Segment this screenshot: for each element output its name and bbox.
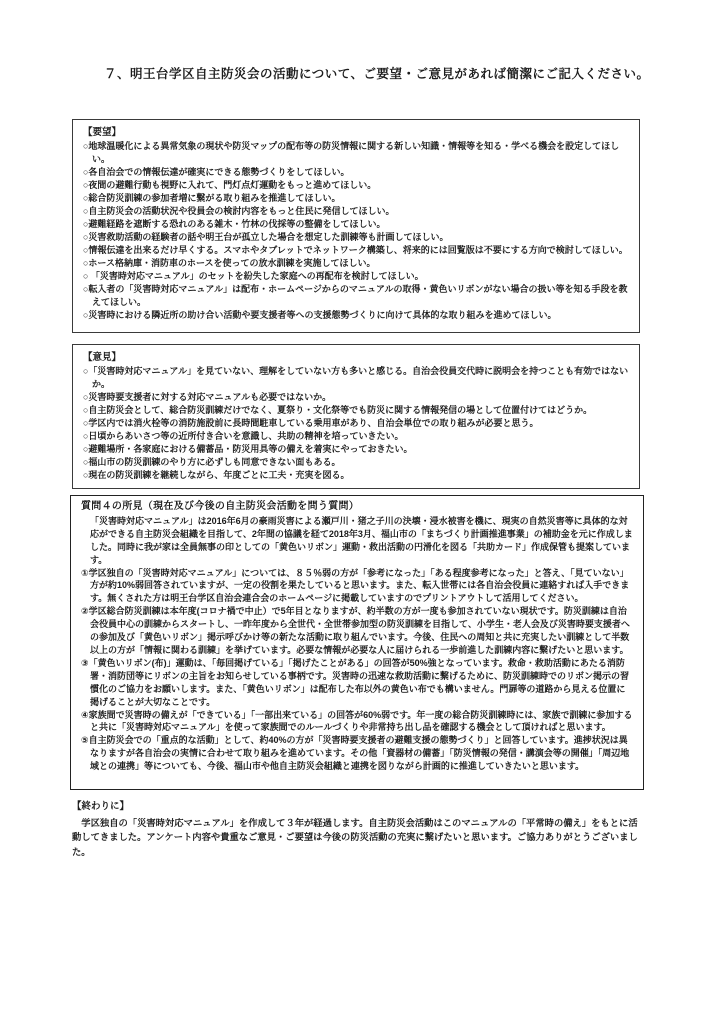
- request-item: ○夜間の避難行動も視野に入れて、門灯点灯運動をもっと進めてほしい。: [83, 179, 629, 192]
- findings-heading: 質問４の所見（現在及び今後の自主防災会活動を問う質問）: [81, 501, 633, 514]
- finding-item: ①学区独自の「災害時対応マニュアル」については、８５％弱の方が「参考になった」「…: [81, 567, 633, 606]
- request-item: ○災害時における隣近所の助け合い活動や要支援者等への支援態勢づくりに向けて具体的…: [83, 309, 629, 322]
- closing-heading: 【終わりに】: [72, 800, 644, 815]
- findings-box: 質問４の所見（現在及び今後の自主防災会活動を問う質問） 「災害時対応マニュアル」…: [70, 495, 644, 790]
- requests-box: 【要望】 ○地球温暖化による異常気象の現状や防災マップの配布等の防災情報に関する…: [72, 119, 640, 333]
- closing-body: 学区独自の「災害時対応マニュアル」を作成して３年が経過します。自主防災会活動はこ…: [72, 816, 644, 860]
- opinion-item: ○避難場所・各家庭における備蓄品・防災用具等の備えを着実にやっておきたい。: [83, 443, 629, 456]
- request-item: ○自主防災会の活動状況や役員会の検討内容をもっと住民に発信してほしい。: [83, 205, 629, 218]
- finding-item: ③「黄色いリボン(布)」運動は、「毎回掲げている」「掲げたことがある」の回答が5…: [81, 657, 633, 709]
- findings-intro: 「災害時対応マニュアル」は2016年6月の豪雨災害による瀬戸川・猪之子川の決壊・…: [90, 515, 633, 567]
- request-item: ○転入者の「災害時対応マニュアル」は配布・ホームページからのマニュアルの取得・黄…: [83, 283, 629, 309]
- request-item: ○災害救助活動の経験者の話や明王台が孤立した場合を想定した訓練等も計画してほしい…: [83, 231, 629, 244]
- request-item: ○ 「災害時対応マニュアル」のセットを紛失した家庭への再配布を検討してほしい。: [83, 270, 629, 283]
- request-item: ○地球温暖化による異常気象の現状や防災マップの配布等の防災情報に関する新しい知識…: [83, 140, 629, 166]
- opinion-item: ○福山市の防災訓練のやり方に必ずしも同意できない面もある。: [83, 456, 629, 469]
- opinion-item: ○災害時要支援者に対する対応マニュアルも必要ではないか。: [83, 391, 629, 404]
- opinions-box: 【意見】 ○「災害時対応マニュアル」を見ていない、理解をしていない方も多いと感じ…: [72, 344, 640, 489]
- request-item: ○各自治会での情報伝達が確実にできる態勢づくりをしてほしい。: [83, 166, 629, 179]
- request-item: ○総合防災訓練の参加者増に繋がる取り組みを推進してほしい。: [83, 192, 629, 205]
- request-item: ○ホース格納庫・消防車のホースを使っての放水訓練を実施してほしい。: [83, 257, 629, 270]
- request-item: ○情報伝達を出来るだけ早くする。スマホやタブレットでネットワーク構築し、将来的に…: [83, 244, 629, 257]
- request-item: ○避難経路を遮断する恐れのある雑木・竹林の伐採等の整備をしてほしい。: [83, 218, 629, 231]
- opinion-item: ○現在の防災訓練を継続しながら、年度ごとに工夫・充実を図る。: [83, 469, 629, 482]
- finding-item: ④家族間で災害時の備えが「できている」「一部出来ている」の回答が60%弱です。年…: [81, 709, 633, 735]
- opinion-item: ○学区内では消火栓等の消防施設前に長時間駐車している乗用車があり、自治会単位での…: [83, 417, 629, 430]
- opinion-item: ○「災害時対応マニュアル」を見ていない、理解をしていない方も多いと感じる。自治会…: [83, 365, 629, 391]
- opinion-item: ○日頃からあいさつ等の近所付き合いを意識し、共助の精神を培っていきたい。: [83, 430, 629, 443]
- page-title: ７、明王台学区自主防災会の活動について、ご要望・ご意見があれば簡潔にご記入くださ…: [104, 64, 724, 82]
- finding-item: ⑤自主防災会での「重点的な活動」として、約40%の方が「災害時要支援者の避難支援…: [81, 734, 633, 773]
- opinions-heading: 【意見】: [83, 351, 629, 364]
- requests-heading: 【要望】: [83, 126, 629, 139]
- document-page: ７、明王台学区自主防災会の活動について、ご要望・ご意見があれば簡潔にご記入くださ…: [0, 0, 724, 1024]
- closing-section: 【終わりに】 学区独自の「災害時対応マニュアル」を作成して３年が経過します。自主…: [72, 800, 644, 859]
- opinion-item: ○自主防災会として、総合防災訓練だけでなく、夏祭り・文化祭等でも防災に関する情報…: [83, 404, 629, 417]
- finding-item: ②学区総合防災訓練は本年度(コロナ禍で中止）で5年目となりますが、約半数の方が一…: [81, 605, 633, 657]
